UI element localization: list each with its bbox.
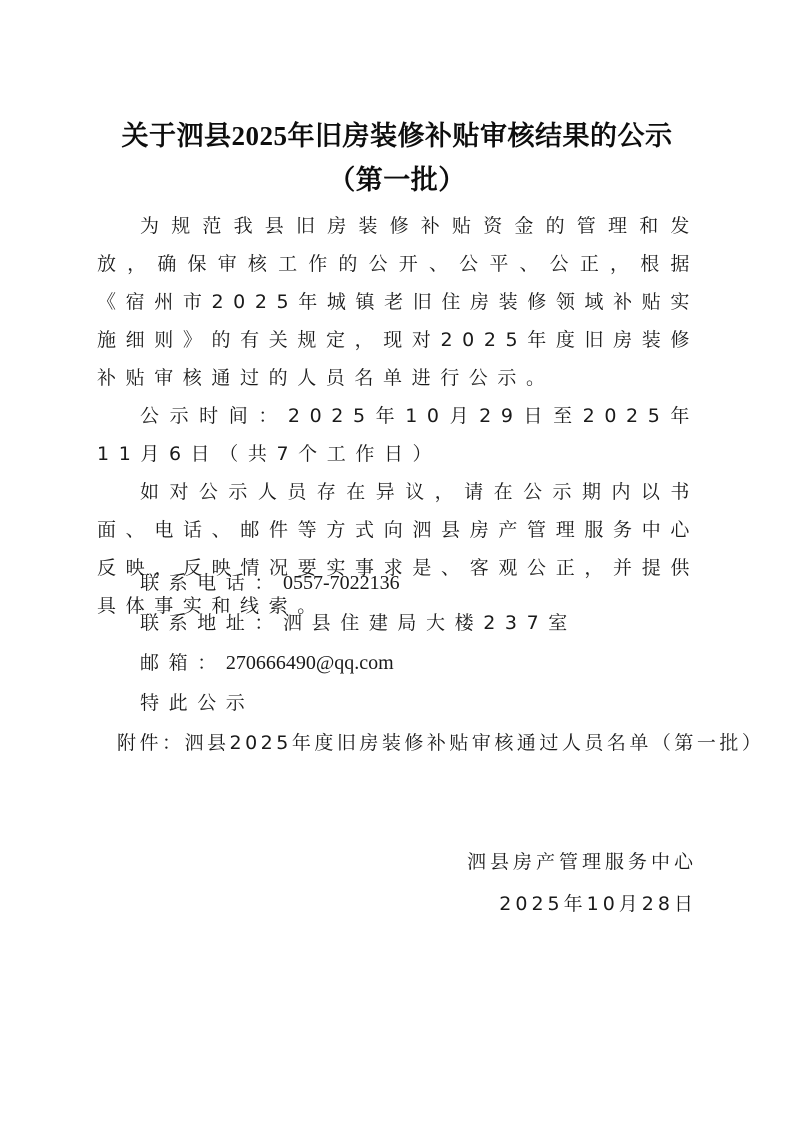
document-body: 为规范我县旧房装修补贴资金的管理和发放，确保审核工作的公开、公平、公正，根据《宿…: [97, 207, 699, 625]
contact-phone-value: 0557-7022136: [283, 572, 400, 594]
contact-phone: 联系电话：0557-7022136: [140, 564, 400, 602]
paragraph-period: 公示时间：2025年10月29日至2025年11月6日（共7个工作日）: [97, 397, 699, 473]
contact-email-label: 邮箱：: [140, 652, 226, 674]
contact-phone-label: 联系电话：: [140, 572, 283, 594]
contact-address: 联系地址：泗县住建局大楼237室: [140, 604, 577, 642]
closing-statement: 特此公示: [140, 684, 254, 722]
document-subtitle: （第一批）: [97, 158, 697, 202]
document-title: 关于泗县2025年旧房装修补贴审核结果的公示: [97, 114, 697, 158]
contact-address-value: 泗县住建局大楼237室: [283, 612, 577, 634]
contact-address-label: 联系地址：: [140, 612, 283, 634]
paragraph-objection: 如对公示人员存在异议，请在公示期内以书面、电话、邮件等方式向泗县房产管理服务中心…: [97, 473, 699, 625]
document-page: 关于泗县2025年旧房装修补贴审核结果的公示 （第一批） 为规范我县旧房装修补贴…: [0, 0, 793, 1122]
paragraph-purpose: 为规范我县旧房装修补贴资金的管理和发放，确保审核工作的公开、公平、公正，根据《宿…: [97, 207, 699, 397]
contact-email: 邮箱：270666490@qq.com: [140, 644, 394, 682]
signature-organization: 泗县房产管理服务中心: [467, 843, 697, 881]
contact-email-value: 270666490@qq.com: [226, 652, 394, 674]
signature-date: 2025年10月28日: [499, 885, 697, 923]
attachment-note: 附件：泗县2025年度旧房装修补贴审核通过人员名单（第一批）: [117, 724, 764, 762]
